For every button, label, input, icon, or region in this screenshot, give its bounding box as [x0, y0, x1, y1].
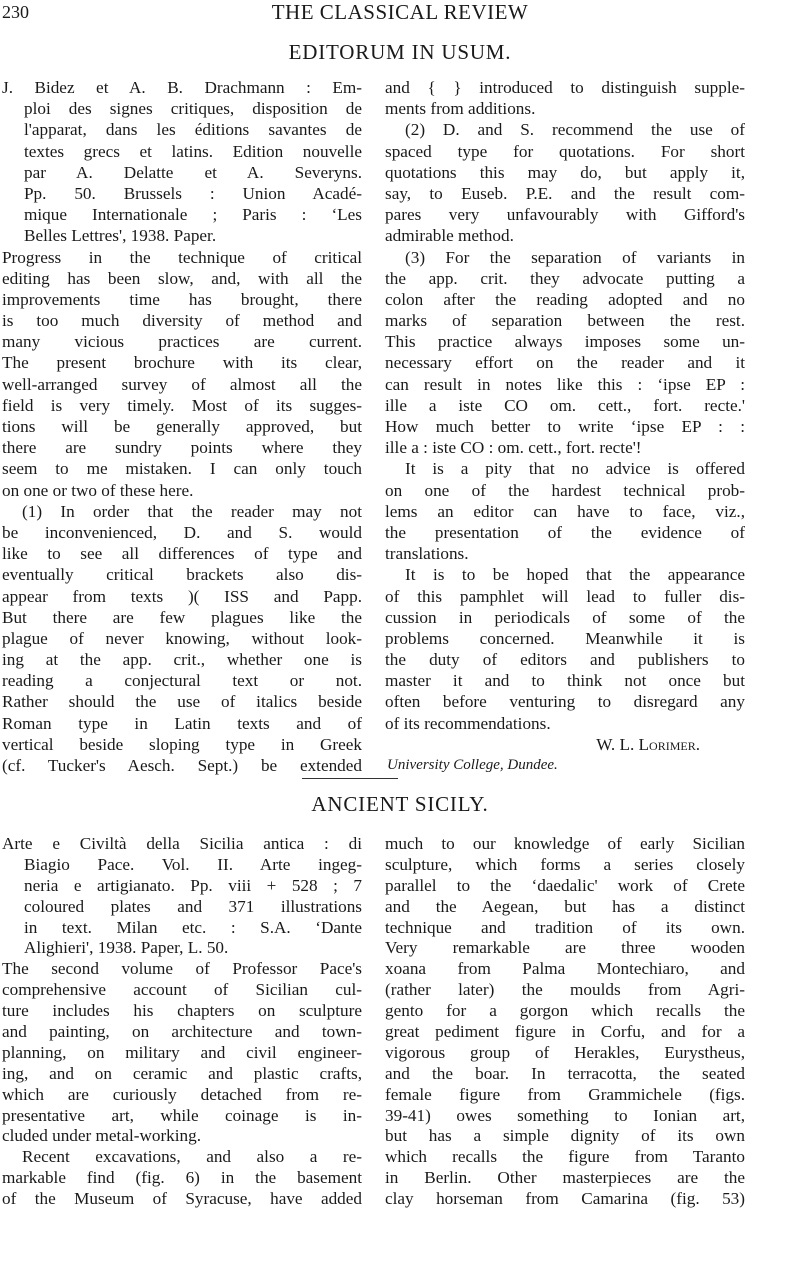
text-line: marks of separation between the rest.	[385, 310, 745, 331]
text-line: plague of never knowing, without look-	[2, 628, 362, 649]
text-line: in Berlin. Other masterpieces are the	[385, 1168, 745, 1189]
text-line: This practice always imposes some un-	[385, 331, 745, 352]
text-line: planning, on military and civil engineer…	[2, 1043, 362, 1064]
text-line: Biagio Pace. Vol. II. Arte ingeg-	[2, 855, 362, 876]
section-divider-rule	[302, 778, 398, 779]
text-line: presentative art, while coinage is in-	[2, 1106, 362, 1127]
text-line: The present brochure with its clear,	[2, 352, 362, 373]
text-line: (rather later) the moulds from Agri-	[385, 980, 745, 1001]
text-line: cluded under metal-working.	[2, 1126, 362, 1147]
text-line: Pp. 50. Brussels : Union Acadé-	[2, 183, 362, 204]
text-line: translations.	[385, 543, 745, 564]
text-line: parallel to the ‘daedalic' work of Crete	[385, 876, 745, 897]
article2-right-column: much to our knowledge of early Sicilians…	[385, 834, 745, 1210]
text-line: in text. Milan etc. : S.A. ‘Dante	[2, 918, 362, 939]
text-line: the duty of editors and publishers to	[385, 649, 745, 670]
text-line: But there are few plagues like the	[2, 607, 362, 628]
text-line: of its recommendations.	[385, 713, 745, 734]
text-line: on one of the hardest technical prob-	[385, 480, 745, 501]
text-line: many vicious practices are current.	[2, 331, 362, 352]
text-line: say, to Euseb. P.E. and the result com-	[385, 183, 745, 204]
text-line: textes grecs et latins. Edition nouvelle	[2, 141, 362, 162]
text-line: master it and to think not once but	[385, 670, 745, 691]
text-line: pares very unfavourably with Gifford's	[385, 204, 745, 225]
text-line: is too much diversity of method and	[2, 310, 362, 331]
text-line: colon after the reading adopted and no	[385, 289, 745, 310]
text-line: tions will be generally approved, but	[2, 416, 362, 437]
text-line: ing at the app. crit., whether one is	[2, 649, 362, 670]
text-line: clay horseman from Camarina (fig. 53)	[385, 1189, 745, 1210]
text-line: xoana from Palma Montechiaro, and	[385, 959, 745, 980]
text-line: appear from texts )( ISS and Papp.	[2, 586, 362, 607]
text-line: sculpture, which forms a series closely	[385, 855, 745, 876]
text-line: field is very timely. Most of its sugges…	[2, 395, 362, 416]
text-line: which are curiously detached from re-	[2, 1085, 362, 1106]
text-line: coloured plates and 371 illustrations	[2, 897, 362, 918]
text-line: of this pamphlet will lead to fuller dis…	[385, 586, 745, 607]
text-line: comprehensive account of Sicilian cul-	[2, 980, 362, 1001]
text-line: cussion in periodicals of some of the	[385, 607, 745, 628]
text-line: of the Museum of Syracuse, have added	[2, 1189, 362, 1210]
text-line: technique and tradition of its own.	[385, 918, 745, 939]
text-line: the app. crit. they advocate putting a	[385, 268, 745, 289]
article1-right-column: and { } introduced to distinguish supple…	[385, 77, 745, 776]
text-line: The second volume of Professor Pace's	[2, 959, 362, 980]
text-line: quotations this may do, but apply it,	[385, 162, 745, 183]
text-line: (3) For the separation of variants in	[385, 247, 745, 268]
text-line: ille a iste CO om. cett., fort. recte.'	[385, 395, 745, 416]
text-line: there are sundry points where they	[2, 437, 362, 458]
text-line: Alighieri', 1938. Paper, L. 50.	[2, 938, 362, 959]
text-line: (2) D. and S. recommend the use of	[385, 119, 745, 140]
article1-left-column: J. Bidez et A. B. Drachmann : Em-ploi de…	[2, 77, 362, 776]
text-line: which recalls the figure from Taranto	[385, 1147, 745, 1168]
text-line: much to our knowledge of early Sicilian	[385, 834, 745, 855]
text-line: ture includes his chapters on sculpture	[2, 1001, 362, 1022]
text-line: female figure from Grammichele (figs.	[385, 1085, 745, 1106]
text-line: markable find (fig. 6) in the basement	[2, 1168, 362, 1189]
text-line: admirable method.	[385, 225, 745, 246]
text-line: It is to be hoped that the appearance	[385, 564, 745, 585]
running-head: 230 THE CLASSICAL REVIEW	[0, 0, 800, 30]
text-line: the presentation of the evidence of	[385, 522, 745, 543]
text-line: (1) In order that the reader may not	[2, 501, 362, 522]
text-line: It is a pity that no advice is offered	[385, 458, 745, 479]
journal-title: THE CLASSICAL REVIEW	[150, 0, 650, 25]
text-line: seem to me mistaken. I can only touch	[2, 458, 362, 479]
text-line: l'apparat, dans les éditions savantes de	[2, 119, 362, 140]
text-line: be inconvenienced, D. and S. would	[2, 522, 362, 543]
text-line: but has a simple dignity of its own	[385, 1126, 745, 1147]
text-line: editing has been slow, and, with all the	[2, 268, 362, 289]
text-line: spaced type for quotations. For short	[385, 141, 745, 162]
text-line: and the Aegean, but has a distinct	[385, 897, 745, 918]
article2-left-column: Arte e Civiltà della Sicilia antica : di…	[2, 834, 362, 1210]
author-signature: W. L. Lorimer.	[385, 734, 745, 755]
text-line: How much better to write ‘ipse EP : :	[385, 416, 745, 437]
text-line: par A. Delatte et A. Severyns.	[2, 162, 362, 183]
text-line: Arte e Civiltà della Sicilia antica : di	[2, 834, 362, 855]
text-line: improvements time has brought, there	[2, 289, 362, 310]
text-line: Rather should the use of italics beside	[2, 691, 362, 712]
text-line: can result in notes like this : ‘ipse EP…	[385, 374, 745, 395]
page-number: 230	[2, 2, 29, 23]
text-line: on one or two of these here.	[2, 480, 362, 501]
text-line: eventually critical brackets also dis-	[2, 564, 362, 585]
text-line: Recent excavations, and also a re-	[2, 1147, 362, 1168]
text-line: vigorous group of Herakles, Eurystheus,	[385, 1043, 745, 1064]
text-line: ments from additions.	[385, 98, 745, 119]
author-affiliation: University College, Dundee.	[385, 755, 745, 776]
text-line: like to see all differences of type and	[2, 543, 362, 564]
text-line: gento for a gorgon which recalls the	[385, 1001, 745, 1022]
text-line: mique Internationale ; Paris : ‘Les	[2, 204, 362, 225]
text-line: and the boar. In terracotta, the seated	[385, 1064, 745, 1085]
text-line: and painting, on architecture and town-	[2, 1022, 362, 1043]
text-line: ing, and on ceramic and plastic crafts,	[2, 1064, 362, 1085]
text-line: reading a conjectural text or not.	[2, 670, 362, 691]
text-line: ille a : iste CO : om. cett., fort. rect…	[385, 437, 745, 458]
text-line: Progress in the technique of critical	[2, 247, 362, 268]
article-title-ancient-sicily: ANCIENT SICILY.	[0, 792, 800, 817]
article-title-editorum: EDITORUM IN USUM.	[0, 40, 800, 65]
text-line: lems an editor can have to face, viz.,	[385, 501, 745, 522]
text-line: great pediment figure in Corfu, and for …	[385, 1022, 745, 1043]
text-line: Very remarkable are three wooden	[385, 938, 745, 959]
text-line: vertical beside sloping type in Greek	[2, 734, 362, 755]
text-line: J. Bidez et A. B. Drachmann : Em-	[2, 77, 362, 98]
text-line: neria e artigianato. Pp. viii + 528 ; 7	[2, 876, 362, 897]
text-line: Belles Lettres', 1938. Paper.	[2, 225, 362, 246]
text-line: necessary effort on the reader and it	[385, 352, 745, 373]
text-line: ploi des signes critiques, disposition d…	[2, 98, 362, 119]
text-line: problems concerned. Meanwhile it is	[385, 628, 745, 649]
text-line: Roman type in Latin texts and of	[2, 713, 362, 734]
text-line: 39-41) owes something to Ionian art,	[385, 1106, 745, 1127]
text-line: and { } introduced to distinguish supple…	[385, 77, 745, 98]
text-line: often before venturing to disregard any	[385, 691, 745, 712]
text-line: well-arranged survey of almost all the	[2, 374, 362, 395]
text-line: (cf. Tucker's Aesch. Sept.) be extended	[2, 755, 362, 776]
